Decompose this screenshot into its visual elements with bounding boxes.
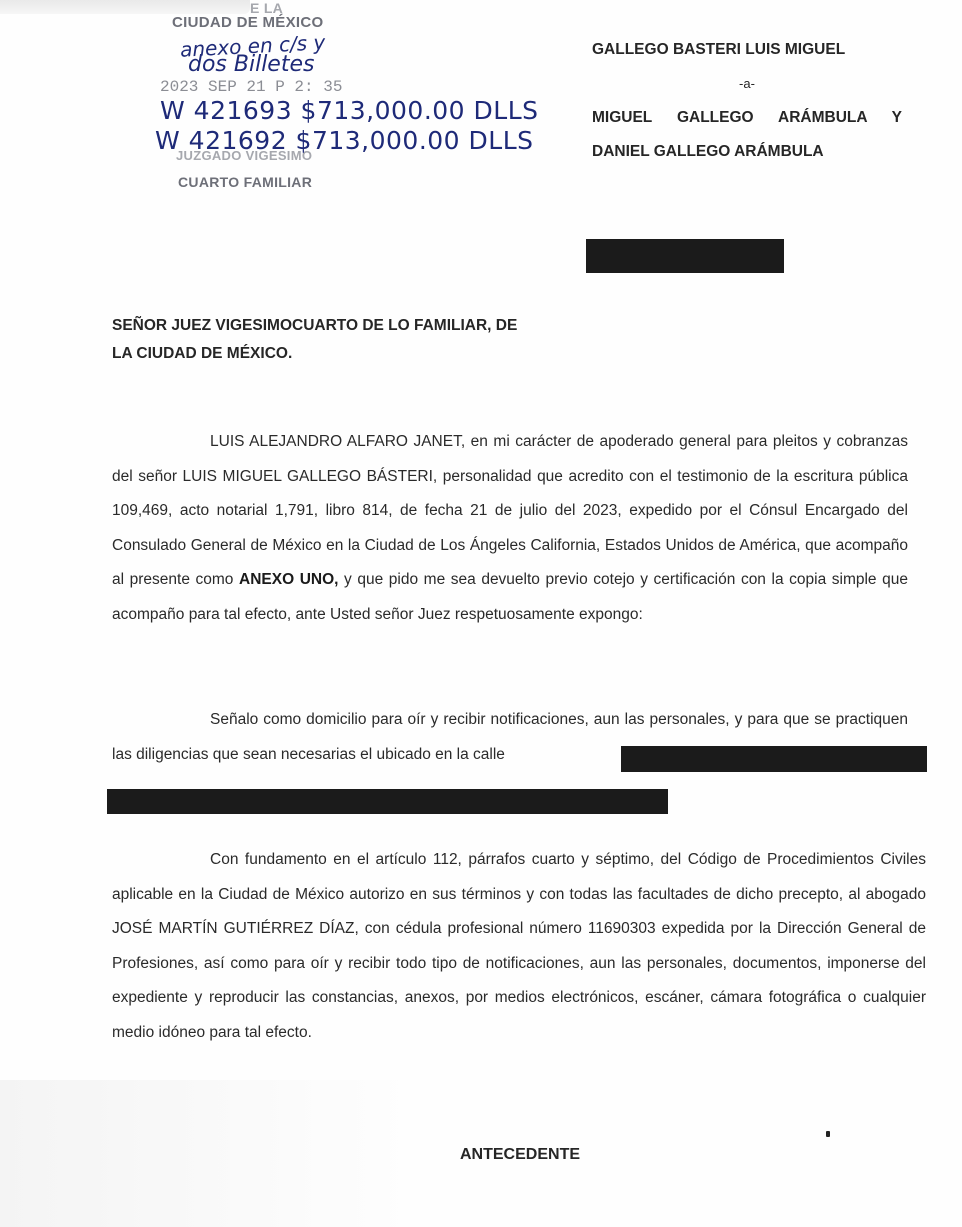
annex-label: ANEXO UNO, [239, 571, 338, 588]
paragraph-authorization: Con fundamento en el artículo 112, párra… [112, 843, 926, 1050]
scan-speck [826, 1131, 830, 1137]
stamp-line-4: CUARTO FAMILIAR [178, 174, 312, 190]
paragraph-power-of-attorney: LUIS ALEJANDRO ALFARO JANET, en mi carác… [112, 425, 908, 632]
plaintiff-name: GALLEGO BASTERI LUIS MIGUEL [592, 38, 902, 72]
addressee-line-1: SEÑOR JUEZ VIGESIMOCUARTO DE LO FAMILIAR… [112, 312, 517, 340]
addressee-line-2: LA CIUDAD DE MÉXICO. [112, 340, 517, 368]
redaction-box-address-2 [107, 789, 668, 814]
scan-shadow [0, 0, 250, 14]
redaction-box-case-number [586, 239, 784, 273]
handwritten-check-1: W 421693 $713,000.00 DLLS [160, 96, 539, 125]
versus-marker: -a- [592, 72, 902, 106]
handwritten-note-line-2: dos Billetes [188, 52, 314, 77]
scan-shadow-bottom [0, 1080, 420, 1227]
stamp-line-2: CIUDAD DE MÉXICO [172, 14, 323, 31]
paragraph-3-text: Con fundamento en el artículo 112, párra… [112, 851, 926, 1041]
addressee: SEÑOR JUEZ VIGESIMOCUARTO DE LO FAMILIAR… [112, 312, 517, 368]
stamp-date: 2023 SEP 21 P 2: 35 [160, 78, 342, 96]
section-heading: ANTECEDENTE [460, 1146, 580, 1164]
redaction-box-address-1 [621, 746, 927, 772]
case-caption: GALLEGO BASTERI LUIS MIGUEL -a- MIGUEL G… [592, 38, 902, 174]
paragraph-1-text: LUIS ALEJANDRO ALFARO JANET, en mi carác… [112, 433, 908, 588]
document-page: E LA CIUDAD DE MÉXICO 2023 SEP 21 P 2: 3… [0, 0, 962, 1227]
defendants-line-1: MIGUEL GALLEGO ARÁMBULA Y [592, 106, 902, 140]
defendants-line-2: DANIEL GALLEGO ARÁMBULA [592, 140, 902, 174]
handwritten-check-2: W 421692 $713,000.00 DLLS [155, 126, 534, 155]
